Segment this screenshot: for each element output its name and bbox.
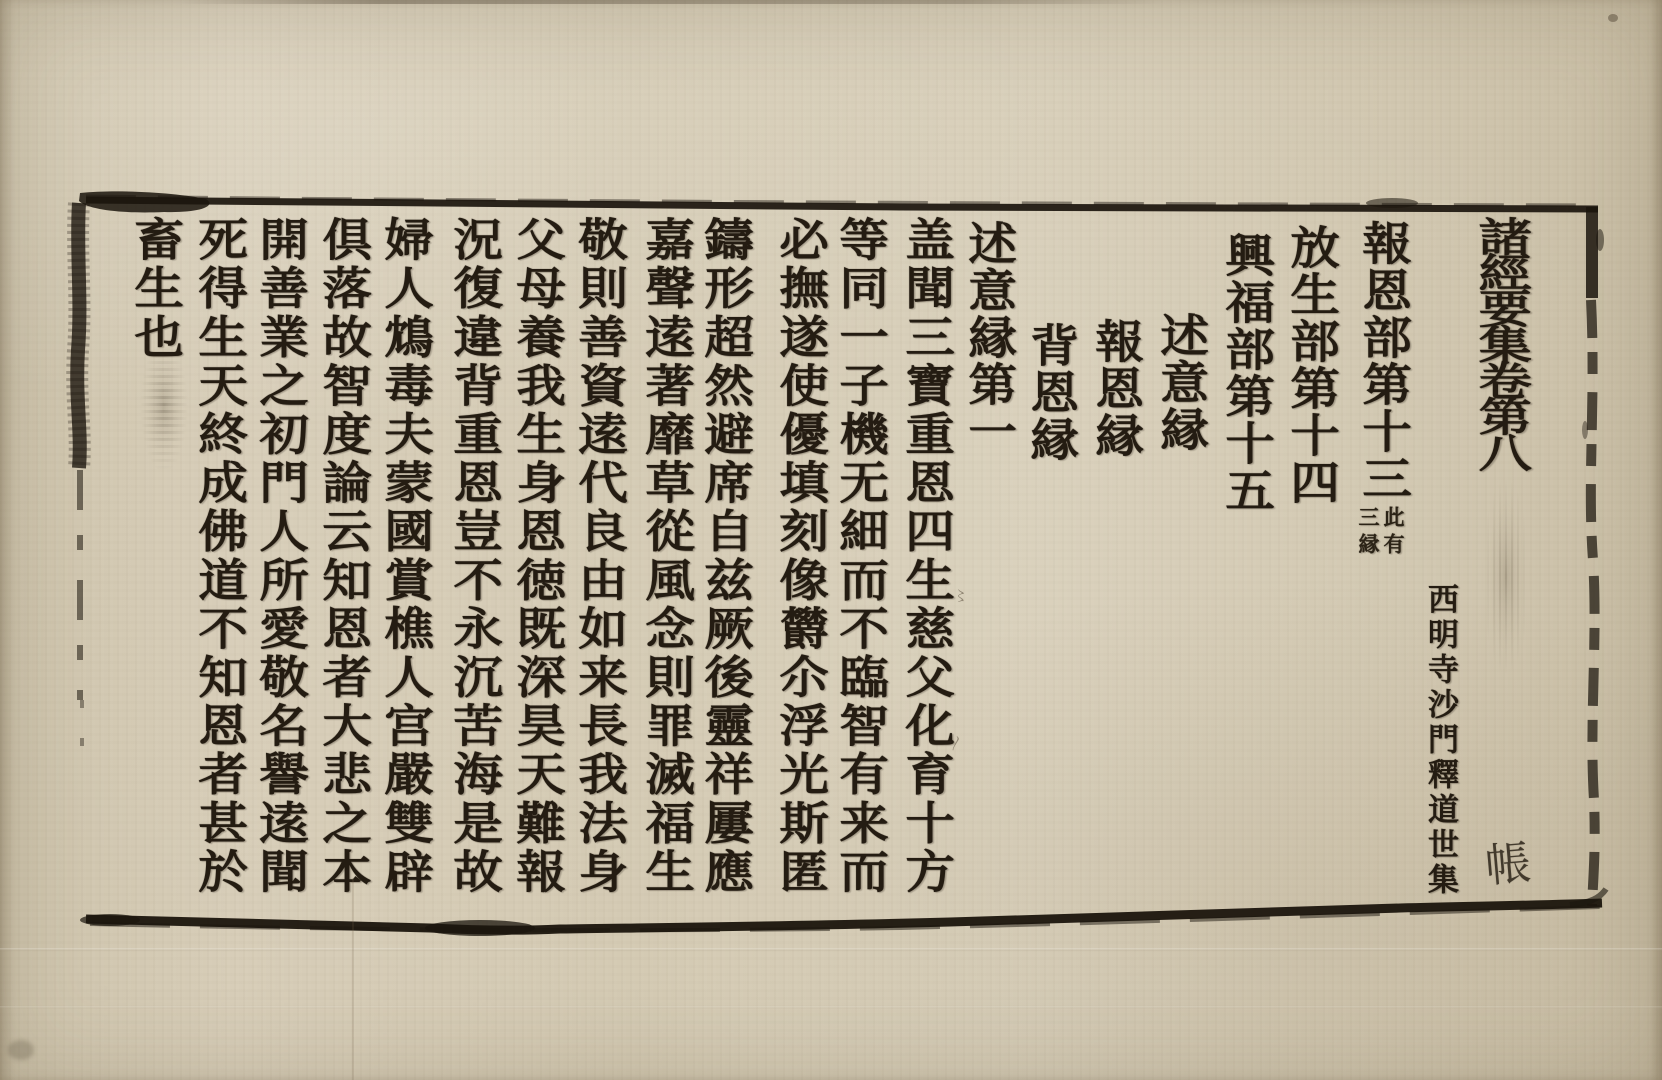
vertical-fold-crease: [352, 878, 354, 1080]
horizontal-fold-crease: [0, 948, 1662, 951]
subsection-baoen-yuan: 報恩縁: [1091, 318, 1140, 459]
title-column: 諸經要集卷第八: [1474, 216, 1527, 468]
handwritten-mark: 帳: [1480, 838, 1530, 888]
subsection-beien-yuan: 背恩縁: [1026, 322, 1075, 463]
body-column-7: 父母養我生身恩徳既深昊天難報: [512, 216, 562, 896]
subsection-shuyi-yuan: 述意縁: [1156, 312, 1205, 453]
section-xingfu-bu: 興福部第十五: [1221, 232, 1271, 514]
interlinear-note-right: 此有: [1382, 506, 1403, 560]
body-column-6: 敬則善資逺代良由如来長我法身: [574, 216, 624, 896]
body-column-12: 死得生天終成佛道不知恩者甚於: [194, 216, 244, 896]
body-column-4: 鑄形超然避席自兹厥後靈祥屢應: [700, 216, 750, 896]
body-column-1: 盖聞三寶重恩四生慈父化育十方: [901, 216, 951, 896]
section-fangsheng-bu: 放生部第十四: [1286, 224, 1336, 506]
body-column-5: 嘉聲逺著靡草從風念則罪滅福生: [641, 216, 691, 896]
interlinear-note-left: 三縁: [1357, 506, 1378, 560]
manuscript-page: 諸經要集卷第八 西明寺沙門釋道世集 帳 報恩部第十三 此有 三縁 放生部第十四 …: [0, 0, 1662, 1080]
body-column-3: 必撫遂使優填刻像欝尒浮光斯匿: [775, 216, 825, 896]
body-column-8: 況復違背重恩豈不永沉苦海是故: [449, 216, 499, 896]
body-column-10: 倶落故智度論云知恩者大悲之本: [318, 216, 368, 896]
marginal-scribble: 〻: [949, 587, 971, 607]
body-column-2: 等同一子機无細而不臨智有来而: [835, 216, 885, 896]
body-column-9: 婦人鴆毒夫蒙國賞樵人宫嚴雙辟: [380, 216, 430, 896]
body-column-11: 開善業之初門人所愛敬名譽逺聞: [255, 216, 305, 896]
ink-streak-stain: [1481, 474, 1531, 679]
author-column: 西明寺沙門釋道世集: [1424, 583, 1455, 898]
section-baoen-bu: 報恩部第十三: [1358, 220, 1408, 502]
horizontal-fold-crease: [0, 1006, 1662, 1009]
chapter-heading: 述意縁第一: [964, 220, 1013, 455]
marginal-scribble: 〳: [946, 734, 968, 754]
gray-smudge-stain: [139, 336, 189, 476]
